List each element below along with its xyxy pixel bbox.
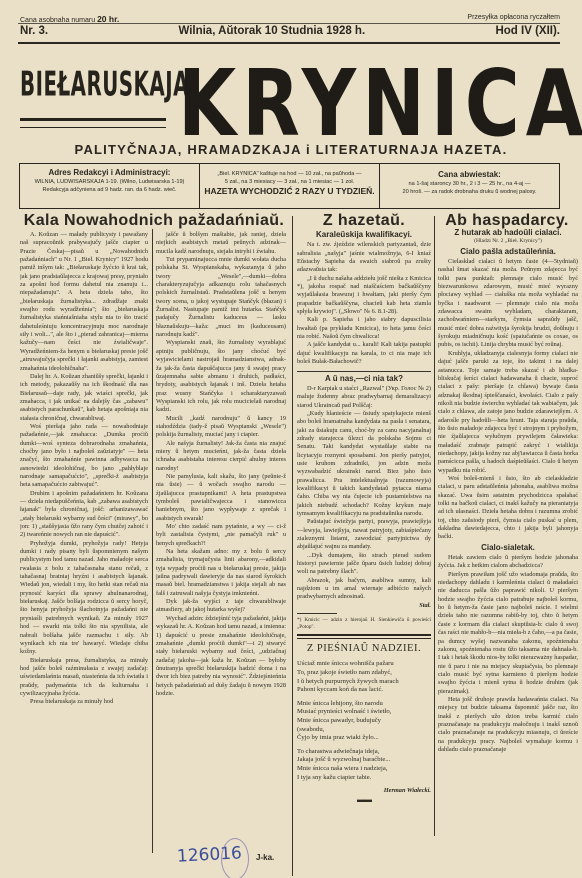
article-paragraph: Wyspianski znaŭ, što žurnalisty wyrablaj… [156, 339, 286, 414]
column-divider [152, 229, 153, 853]
article-paragraph: A. Koŭzan — małady publicysty i pawažany… [20, 231, 148, 373]
library-stamp [221, 838, 249, 878]
press-review: Karaleŭskija kwalifikacyi. Na t. zw. źje… [297, 229, 431, 804]
press-paragraph: D-r Karpiak u staćci „Razwal" (Укр. Голо… [297, 385, 431, 410]
main-article-column-2: jašče ŭ bolšym maštabie, jak raniej, dzi… [156, 231, 286, 839]
article-paragraph: Nie pamylusia, kali skažu, što jany (peŭ… [156, 473, 286, 523]
main-article-signature: J-ka. [256, 853, 274, 862]
column-divider [434, 216, 435, 836]
press-paragraph: ...Dyk dumajem, što strach pierad sudom … [297, 552, 431, 577]
article-paragraph: Dalej hr. A. Koŭzan zhaniŭšy sprečki, ła… [20, 373, 148, 423]
masthead-title: KRYNICA [178, 58, 582, 150]
issue-date: Wilnia, Aŭtorak 10 Studnia 1928 h. [178, 25, 365, 37]
farming-paragraph: Cielaskład cialaci ŭ hetym časie (4—5tyd… [438, 258, 578, 350]
main-article-title: Kala Nowahodnich pažadańniaŭ. [20, 212, 288, 230]
article-paragraph: Dyk jak-ža wyjści z taje chwarabliwaje a… [156, 598, 286, 615]
farming-paragraph: Woś boleš-mienš i ŭsio, što ab cielaskła… [438, 475, 578, 542]
farming-article: Z hutarak ab hadoŭli cialaci. (Hladzi Nr… [438, 229, 578, 875]
address-line: WILNIA, LUDWISARSKAJA 1-19. (Wilno, Ludw… [24, 178, 195, 186]
article-paragraph: Presa biełaruskaja za minuły hod [20, 698, 148, 706]
article-paragraph: Druhim i apošnim pažadańniem hr. Koŭzana… [20, 490, 148, 540]
masthead-rule [20, 118, 166, 128]
issue-number: Nr. 3. [20, 25, 48, 37]
article-paragraph: Tut prypaminajucca mnie dumki wołata duc… [156, 256, 286, 339]
subscription-cell: „Biel. KRYNICA" kaštuje na hod — 10 zał.… [200, 164, 380, 208]
farming-subtitle: Z hutarak ab hadoŭli cialaci. [438, 229, 578, 237]
press-review-subheading-2: A ŭ nas,—ci nia tak? [297, 375, 431, 383]
section-rule [297, 634, 431, 639]
press-paragraph: „I ŭ duchu našaha addziełu jošč niešta z… [297, 275, 431, 317]
article-paragraph: Woś pieršaja jaho rada — nowahodniaje pa… [20, 423, 148, 490]
article-paragraph: Mucili „kadź narodnuju" ŭ kancy 19 staho… [156, 415, 286, 440]
press-review-signature: Stał. [297, 602, 431, 610]
farming-paragraph: Kruhlyja, układzanyja cialesnyja formy c… [438, 350, 578, 475]
poem-title: Z PIEŚNIAŬ NADZIEI. [297, 645, 431, 653]
press-review-subheading-1: Karaleŭskija kwalifikacyi. [297, 231, 431, 239]
ad-price-title: Cana abwiestak: [384, 169, 555, 180]
press-review-title: Z hazetaŭ. [296, 212, 432, 230]
farming-paragraph: Pieršym prawiłam jošč užo wiadomaja praŭ… [438, 571, 578, 696]
subscription-line-1: „Biel. KRYNICA" kaštuje na hod — 10 zał.… [204, 170, 375, 178]
article-paragraph: Ale našyja žurnalisty! Jak-ža časta nia … [156, 440, 286, 473]
poem-stanza: To charastwa adwiečnaja ideja, Jakaja jo… [297, 748, 431, 782]
ornament: ▬▬ [297, 796, 431, 804]
office-hours: Redakcyja adčyniena ad 9 hadz. ran. da 6… [24, 186, 195, 194]
divider [18, 23, 560, 24]
ad-price-line-1: na 1-šaj staroncy 30 hr., 2 i 3 — 25 hr.… [384, 180, 555, 188]
farming-paragraph: Heta jošč druhoje prawiła hadawańnia cia… [438, 696, 578, 754]
article-paragraph: Biełaruskaja presa, žurnalistyka, za min… [20, 657, 148, 699]
farming-source: (Hladzi Nr. 2 „Bieł. Krynicy") [438, 237, 578, 245]
dateline: Nr. 3. Wilnia, Aŭtorak 10 Studnia 1928 h… [20, 25, 560, 37]
volume-year: Hod IV (XII). [495, 25, 560, 37]
publication-frequency: HAZETA WYCHODZIĆ 2 RAZY U TYDZIEŃ. [204, 186, 375, 197]
newspaper-page: Cana asobnaha numaru 20 hr. Przesyłka op… [0, 0, 582, 878]
article-paragraph: jašče ŭ bolšym maštabie, jak raniej, dzi… [156, 231, 286, 256]
address-title: Adres Redakcyi i Administracyi: [24, 167, 195, 178]
divider [18, 42, 560, 44]
press-paragraph: Abrazok, jak bačym, asabliwa sumny, kali… [297, 577, 431, 602]
farming-subheading-2: Cialo-sialetak. [438, 544, 578, 552]
article-paragraph: Pryhožyja dumki, pryhožyja rady! Hetyja … [20, 540, 148, 657]
main-article-column-1: A. Koŭzan — małady publicysty i pawažany… [20, 231, 148, 871]
ad-price-line-2: 20 hroš. — za radok drobnaha druku ŭ wod… [384, 188, 555, 196]
address-cell: Adres Redakcyi i Administracyi: WILNIA, … [20, 164, 200, 208]
ad-price-cell: Cana abwiestak: na 1-šaj staroncy 30 hr.… [380, 164, 559, 208]
footnote-rule [297, 613, 337, 614]
poem-body: Uściaž mnie śnicca wohnišča pažaru To, p… [297, 660, 431, 782]
masthead-subtitle: PALITYČNAJA, HRAMADZKAJA i LITERATURNAJA… [0, 142, 582, 157]
farming-subheading-1: Cialo pašla adstaŭleńnia. [438, 248, 578, 256]
poem-stanza: Uściaž mnie śnicca wohnišča pažaru To, p… [297, 660, 431, 694]
farming-paragraph: Hetak zawiem cialo ŭ pieršym hodzie jaho… [438, 554, 578, 571]
footnote: *) Kmicic — adzin z hierojaŭ H. Sienkiew… [297, 617, 431, 630]
press-paragraph: Paŭstajuć świežyja partyi, prawyja, praw… [297, 518, 431, 551]
article-paragraph: Na heta skažam adno: my z bolu ŭ sercy z… [156, 548, 286, 598]
masthead-small: BIEŁARUSKAJA [20, 66, 189, 105]
article-paragraph: Wychad adzin: ździejśnić tyja pažadańni,… [156, 615, 286, 698]
press-paragraph: Na t. zw. źjeździe wilenskich partyzanta… [297, 241, 431, 274]
press-paragraph: Kali p. Sapieha i jaho siabry dapuscilis… [297, 316, 431, 341]
poem-stanza: Mnie śnicca lehijony, što narodu Musiać … [297, 700, 431, 743]
press-paragraph: „Kudy hlanieście — ŭsiudy spatykajecie m… [297, 410, 431, 518]
divider [297, 371, 431, 372]
info-box: Adres Redakcyi i Administracyi: WILNIA, … [19, 163, 560, 209]
subscription-line-2: 5 zał., na 3 miesiacy — 3 zał., na 1 mie… [204, 178, 375, 186]
press-paragraph: A jašče kandydat u... karali! Kali takij… [297, 341, 431, 366]
farming-article-title: Ab haspadarcy. [436, 212, 578, 230]
column-divider [292, 216, 293, 876]
article-paragraph: Mo' chto zadaść nam pytańnie, a wy — ci-… [156, 523, 286, 548]
